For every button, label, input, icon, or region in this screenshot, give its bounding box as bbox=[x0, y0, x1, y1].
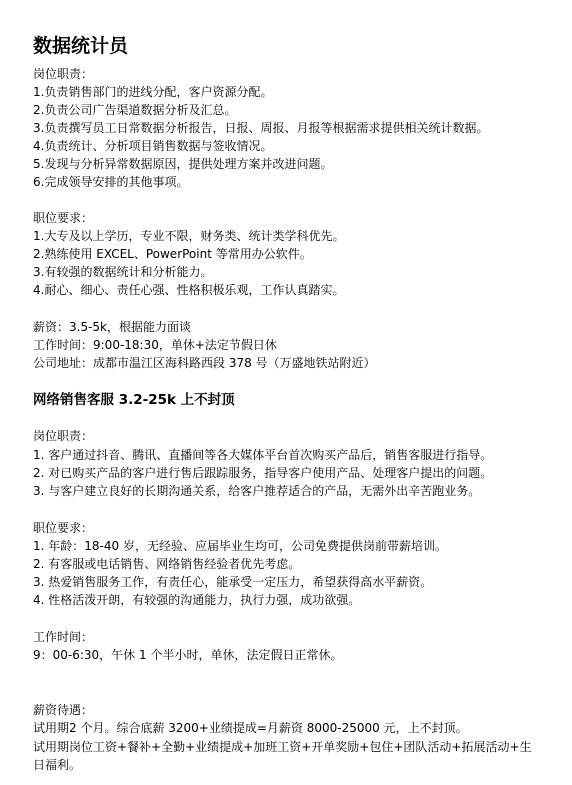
requirement-item: 3. 热爱销售服务工作，有责任心，能承受一定压力，希望获得高水平薪资。 bbox=[33, 574, 432, 590]
job-title-data-analyst: 数据统计员 bbox=[33, 34, 128, 58]
requirement-item: 1. 年龄：18-40 岁，无经验、应届毕业生均可，公司免费提供岗前带薪培训。 bbox=[33, 538, 447, 554]
requirements-heading: 职位要求： bbox=[33, 520, 93, 536]
work-hours-heading: 工作时间： bbox=[33, 629, 93, 645]
salary-info: 薪资：3.5-5k，根据能力面谈 bbox=[33, 319, 191, 335]
job-title-online-sales: 网络销售客服 3.2-25k 上不封顶 bbox=[33, 391, 235, 409]
requirement-item: 2.熟练使用 EXCEL、PowerPoint 等常用办公软件。 bbox=[33, 246, 312, 262]
requirement-item: 1.大专及以上学历，专业不限，财务类、统计类学科优先。 bbox=[33, 228, 344, 244]
benefit-item: 试用期2 个月。综合底薪 3200+业绩提成=月薪资 8000-25000 元，… bbox=[33, 720, 468, 736]
work-hours-info: 9：00-6:30，午休 1 个半小时，单休，法定假日正常休。 bbox=[33, 647, 342, 663]
duty-item: 5.发现与分析异常数据原因，提供处理方案并改进问题。 bbox=[33, 156, 332, 172]
duties-heading: 岗位职责： bbox=[33, 428, 93, 444]
requirements-heading: 职位要求： bbox=[33, 210, 93, 226]
duties-heading: 岗位职责： bbox=[33, 66, 93, 82]
duty-item: 3.负责撰写员工日常数据分析报告，日报、周报、月报等根据需求提供相关统计数据。 bbox=[33, 120, 488, 136]
benefits-heading: 薪资待遇： bbox=[33, 702, 93, 718]
benefit-item: 试用期岗位工资+餐补+全勤+业绩提成+加班工资+开单奖励+包住+团队活动+拓展活… bbox=[33, 738, 533, 774]
duty-item: 2.负责公司广告渠道数据分析及汇总。 bbox=[33, 102, 236, 118]
work-hours-info: 工作时间：9:00-18:30，单休+法定节假日休 bbox=[33, 337, 277, 353]
requirement-item: 2. 有客服或电话销售、网络销售经验者优先考虑。 bbox=[33, 556, 300, 572]
requirement-item: 4.耐心、细心、责任心强、性格积极乐观，工作认真踏实。 bbox=[33, 282, 344, 298]
requirement-item: 4. 性格活泼开朗，有较强的沟通能力，执行力强，成功欲强。 bbox=[33, 592, 360, 608]
duty-item: 1. 客户通过抖音、腾讯、直播间等各大媒体平台首次购买产品后，销售客服进行指导。 bbox=[33, 447, 492, 463]
duty-item: 4.负责统计、分析项目销售数据与签收情况。 bbox=[33, 138, 272, 154]
duty-item: 1.负责销售部门的进线分配，客户资源分配。 bbox=[33, 84, 272, 100]
duty-item: 3. 与客户建立良好的长期沟通关系，给客户推荐适合的产品，无需外出辛苦跑业务。 bbox=[33, 483, 480, 499]
company-address: 公司地址：成都市温江区海科路西段 378 号（万盛地铁站附近） bbox=[33, 355, 376, 371]
duty-item: 6.完成领导安排的其他事项。 bbox=[33, 174, 188, 190]
duty-item: 2. 对已购买产品的客户进行售后跟踪服务，指导客户使用产品、处理客户提出的问题。 bbox=[33, 465, 492, 481]
requirement-item: 3.有较强的数据统计和分析能力。 bbox=[33, 264, 212, 280]
